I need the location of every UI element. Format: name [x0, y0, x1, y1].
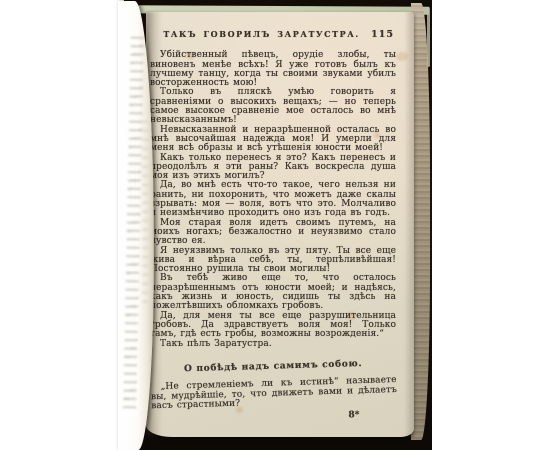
screenshot-root: { "page": { "running_head": "ТАКЪ ГОВОРИ… [0, 0, 550, 450]
section-text: „Не стремленіемъ ли къ истинѣ“ называете… [151, 376, 398, 411]
body-text: Убійственный пѣвецъ, орудіе злобы, ты ви… [150, 51, 396, 349]
signature-mark: 8* [152, 410, 398, 427]
page-content: ТАКЪ ГОВОРИЛЪ ЗАРАТУСТРА. 115 Убійственн… [150, 30, 396, 419]
body-paragraph: Я неуязвимъ только въ эту пяту. Ты все е… [150, 247, 396, 275]
bottom-section: О побѣдѣ надъ самимъ собою. „Не стремлен… [150, 359, 398, 427]
body-paragraph: Моя старая воля идетъ своимъ путемъ, на … [150, 219, 396, 247]
body-paragraph: Невысказанной и неразрѣшенной осталась в… [150, 126, 396, 154]
book-page: ТАКЪ ГОВОРИЛЪ ЗАРАТУСТРА. 115 Убійственн… [146, 12, 414, 437]
running-head-title: ТАКЪ ГОВОРИЛЪ ЗАРАТУСТРА. [152, 30, 371, 39]
facing-page-blurred-text [123, 37, 144, 410]
body-paragraph: Въ тебѣ живо еще то, что осталось неразр… [150, 274, 396, 311]
book-photo: ТАКЪ ГОВОРИЛЪ ЗАРАТУСТРА. 115 Убійственн… [124, 0, 432, 450]
cover-edge-line [427, 7, 430, 67]
facing-page-blurred-text [142, 121, 148, 310]
foxing-spot [396, 52, 408, 61]
body-paragraph: „Не стремленіемъ ли къ истинѣ“ называете… [151, 376, 398, 411]
body-paragraph: Какъ только перенесъ я это? Какъ перенес… [150, 154, 396, 182]
page-right-shade [404, 12, 414, 437]
section-heading: О побѣдѣ надъ самимъ собою. [150, 359, 396, 376]
body-paragraph: Только въ пляскѣ умѣю говорить я сравнен… [150, 88, 396, 125]
body-paragraph: Убійственный пѣвецъ, орудіе злобы, ты ви… [150, 51, 396, 88]
body-paragraph: Да, во мнѣ есть что-то такое, чего нельз… [150, 181, 396, 218]
running-head: ТАКЪ ГОВОРИЛЪ ЗАРАТУСТРА. 115 [150, 30, 396, 39]
page-number: 115 [371, 30, 394, 39]
body-paragraph: Такъ пѣлъ Заратустра. [150, 340, 396, 349]
body-paragraph: Да, для меня ты все еще разрушительница … [150, 312, 396, 340]
